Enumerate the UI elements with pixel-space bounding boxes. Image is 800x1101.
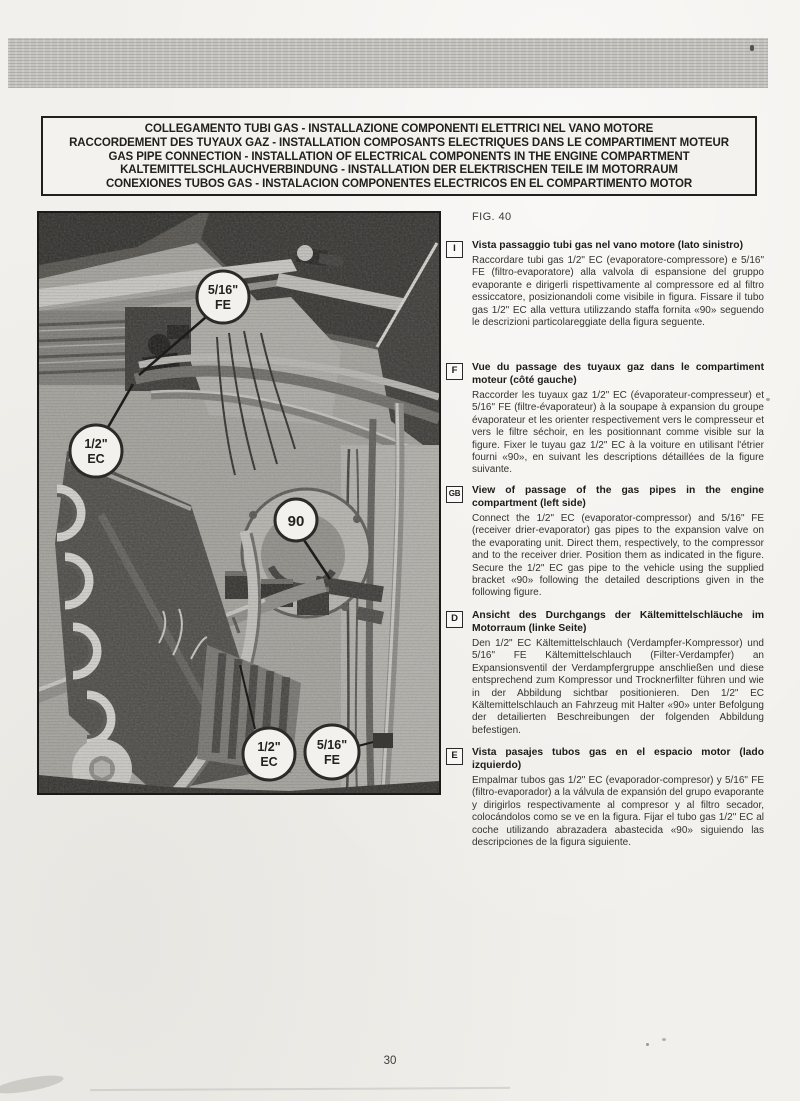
svg-text:EC: EC bbox=[87, 452, 104, 466]
section-heading: Vue du passage des tuyaux gaz dans le co… bbox=[472, 361, 764, 387]
title-box: COLLEGAMENTO TUBI GAS - INSTALLAZIONE CO… bbox=[41, 116, 757, 196]
figure-label: FIG. 40 bbox=[472, 211, 511, 223]
svg-text:FE: FE bbox=[215, 298, 231, 312]
svg-text:FE: FE bbox=[324, 753, 340, 767]
section-body: Den 1/2" EC Kältemittelschlauch (Verdamp… bbox=[472, 638, 764, 737]
lang-badge-i: I bbox=[446, 241, 463, 258]
scan-artifact bbox=[646, 1043, 649, 1046]
section-german: D Ansicht des Durchgangs der Kältemittel… bbox=[446, 609, 764, 737]
lang-badge-e: E bbox=[446, 748, 463, 765]
svg-text:5/16": 5/16" bbox=[208, 283, 238, 297]
svg-text:5/16": 5/16" bbox=[317, 738, 347, 752]
section-heading: Ansicht des Durchgangs der Kältemittelsc… bbox=[472, 609, 764, 635]
engine-bay-illustration: 5/16" FE 1/2" EC 90 1/2" EC 5/16" FE bbox=[39, 213, 439, 793]
callout-12-ec-left: 1/2" EC bbox=[70, 425, 122, 477]
scan-artifact bbox=[0, 1072, 65, 1097]
title-line-german: KALTEMITTELSCHLAUCHVERBINDUNG - INSTALLA… bbox=[43, 164, 755, 178]
scan-speck bbox=[750, 45, 754, 51]
lang-badge-f: F bbox=[446, 363, 463, 380]
scan-artifact bbox=[662, 1038, 666, 1041]
lang-badge-d: D bbox=[446, 611, 463, 628]
section-body: Raccorder les tuyaux gaz 1/2" EC (évapor… bbox=[472, 390, 764, 477]
callout-516-fe-bottom: 5/16" FE bbox=[305, 725, 359, 779]
section-heading: Vista passaggio tubi gas nel vano motore… bbox=[472, 239, 764, 252]
section-heading: Vista pasajes tubos gas en el espacio mo… bbox=[472, 746, 764, 772]
title-line-english: GAS PIPE CONNECTION - INSTALLATION OF EL… bbox=[43, 151, 755, 165]
callout-12-ec-bottom: 1/2" EC bbox=[243, 728, 295, 780]
title-line-italian: COLLEGAMENTO TUBI GAS - INSTALLAZIONE CO… bbox=[43, 123, 755, 137]
svg-text:1/2": 1/2" bbox=[84, 437, 107, 451]
section-body: Empalmar tubos gas 1/2" EC (evaporador-c… bbox=[472, 775, 764, 849]
section-body: Connect the 1/2" EC (evaporator-compress… bbox=[472, 513, 764, 600]
callout-90-bracket: 90 bbox=[275, 499, 317, 541]
title-line-spanish: CONEXIONES TUBOS GAS - INSTALACION COMPO… bbox=[43, 178, 755, 192]
lang-badge-gb: GB bbox=[446, 486, 463, 503]
pipe-clamp bbox=[373, 733, 393, 748]
scan-header-band bbox=[8, 38, 768, 88]
section-heading: View of passage of the gas pipes in the … bbox=[472, 484, 764, 510]
page-number: 30 bbox=[0, 1055, 780, 1067]
scan-artifact bbox=[90, 1087, 510, 1091]
svg-text:EC: EC bbox=[260, 755, 277, 769]
scan-artifact bbox=[766, 398, 770, 401]
title-line-french: RACCORDEMENT DES TUYAUX GAZ - INSTALLATI… bbox=[43, 137, 755, 151]
svg-text:90: 90 bbox=[288, 513, 305, 530]
section-italian: I Vista passaggio tubi gas nel vano moto… bbox=[446, 239, 764, 329]
callout-516-fe-top: 5/16" FE bbox=[197, 271, 249, 323]
section-spanish: E Vista pasajes tubos gas en el espacio … bbox=[446, 746, 764, 849]
section-body: Raccordare tubi gas 1/2" EC (evaporatore… bbox=[472, 255, 764, 329]
svg-text:1/2": 1/2" bbox=[257, 740, 280, 754]
section-english: GB View of passage of the gas pipes in t… bbox=[446, 484, 764, 600]
engine-bay-photo: 5/16" FE 1/2" EC 90 1/2" EC 5/16" FE bbox=[37, 211, 441, 795]
section-french: F Vue du passage des tuyaux gaz dans le … bbox=[446, 361, 764, 477]
